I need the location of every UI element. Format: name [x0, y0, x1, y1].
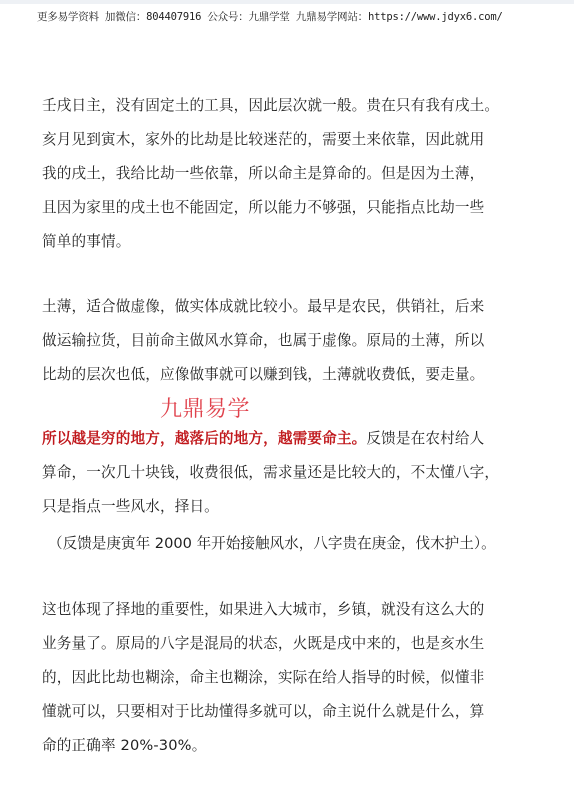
paragraph-line-rest: 反馈是在农村给人 [366, 430, 484, 447]
paragraph-line: 土薄，适合做虚像，做实体成就比较小。最早是农民，供销社，后来 [42, 290, 542, 324]
paragraph-line: 算命，一次几十块钱，收费很低，需求量还是比较大的，不太懂八字， [42, 456, 542, 490]
paragraph-line: 只是指点一些风水，择日。 [42, 490, 542, 524]
paragraph-line: 命的正确率 20%-30%。 [42, 729, 542, 763]
feedback-note: （反馈是庚寅年 2000 年开始接触风水，八字贵在庚金，伐木护土）。 [48, 527, 496, 561]
paragraph-line: 壬戌日主，没有固定土的工具，因此层次就一般。贵在只有我有戌土。 [42, 89, 542, 123]
paragraph-5: 这也体现了择地的重要性，如果进入大城市，乡镇，就没有这么大的 业务量了。原局的八… [42, 593, 542, 763]
paragraph-line: 简单的事情。 [42, 225, 542, 259]
highlighted-red-text: 所以越是穷的地方，越落后的地方，越需要命主。 [42, 430, 366, 447]
paragraph-1: 壬戌日主，没有固定土的工具，因此层次就一般。贵在只有我有戌土。 亥月见到寅木，家… [42, 89, 542, 259]
top-border-strip [0, 0, 574, 4]
paragraph-line: 我的戌土，我给比劫一些依靠，所以命主是算命的。但是因为土薄， [42, 157, 542, 191]
paragraph-line: 且因为家里的戌土也不能固定，所以能力不够强，只能指点比劫一些 [42, 191, 542, 225]
paragraph-2: 土薄，适合做虚像，做实体成就比较小。最早是农民，供销社，后来 做运输拉货，目前命… [42, 290, 542, 392]
paragraph-line: 懂就可以，只要相对于比劫懂得多就可以，命主说什么就是什么，算 [42, 695, 542, 729]
header-promo-line: 更多易学资料 加微信：804407916 公众号：九鼎学堂 九鼎易学网站：htt… [37, 9, 503, 24]
paragraph-line-with-highlight: 所以越是穷的地方，越落后的地方，越需要命主。反馈是在农村给人 [42, 422, 542, 456]
paragraph-line: 这也体现了择地的重要性，如果进入大城市，乡镇，就没有这么大的 [42, 593, 542, 627]
paragraph-3: 所以越是穷的地方，越落后的地方，越需要命主。反馈是在农村给人 算命，一次几十块钱… [42, 422, 542, 524]
paragraph-line: 业务量了。原局的八字是混局的状态，火既是戌中来的，也是亥水生 [42, 627, 542, 661]
paragraph-line: 亥月见到寅木，家外的比劫是比较迷茫的，需要土来依靠，因此就用 [42, 123, 542, 157]
paragraph-line: 做运输拉货，目前命主做风水算命，也属于虚像。原局的土薄，所以 [42, 324, 542, 358]
paragraph-line: 比劫的层次也低，应像做事就可以赚到钱，土薄就收费低，要走量。 [42, 358, 542, 392]
paragraph-line: 的，因此比劫也糊涂，命主也糊涂，实际在给人指导的时候，似懂非 [42, 661, 542, 695]
watermark-logo-text: 九鼎易学 [160, 397, 250, 423]
